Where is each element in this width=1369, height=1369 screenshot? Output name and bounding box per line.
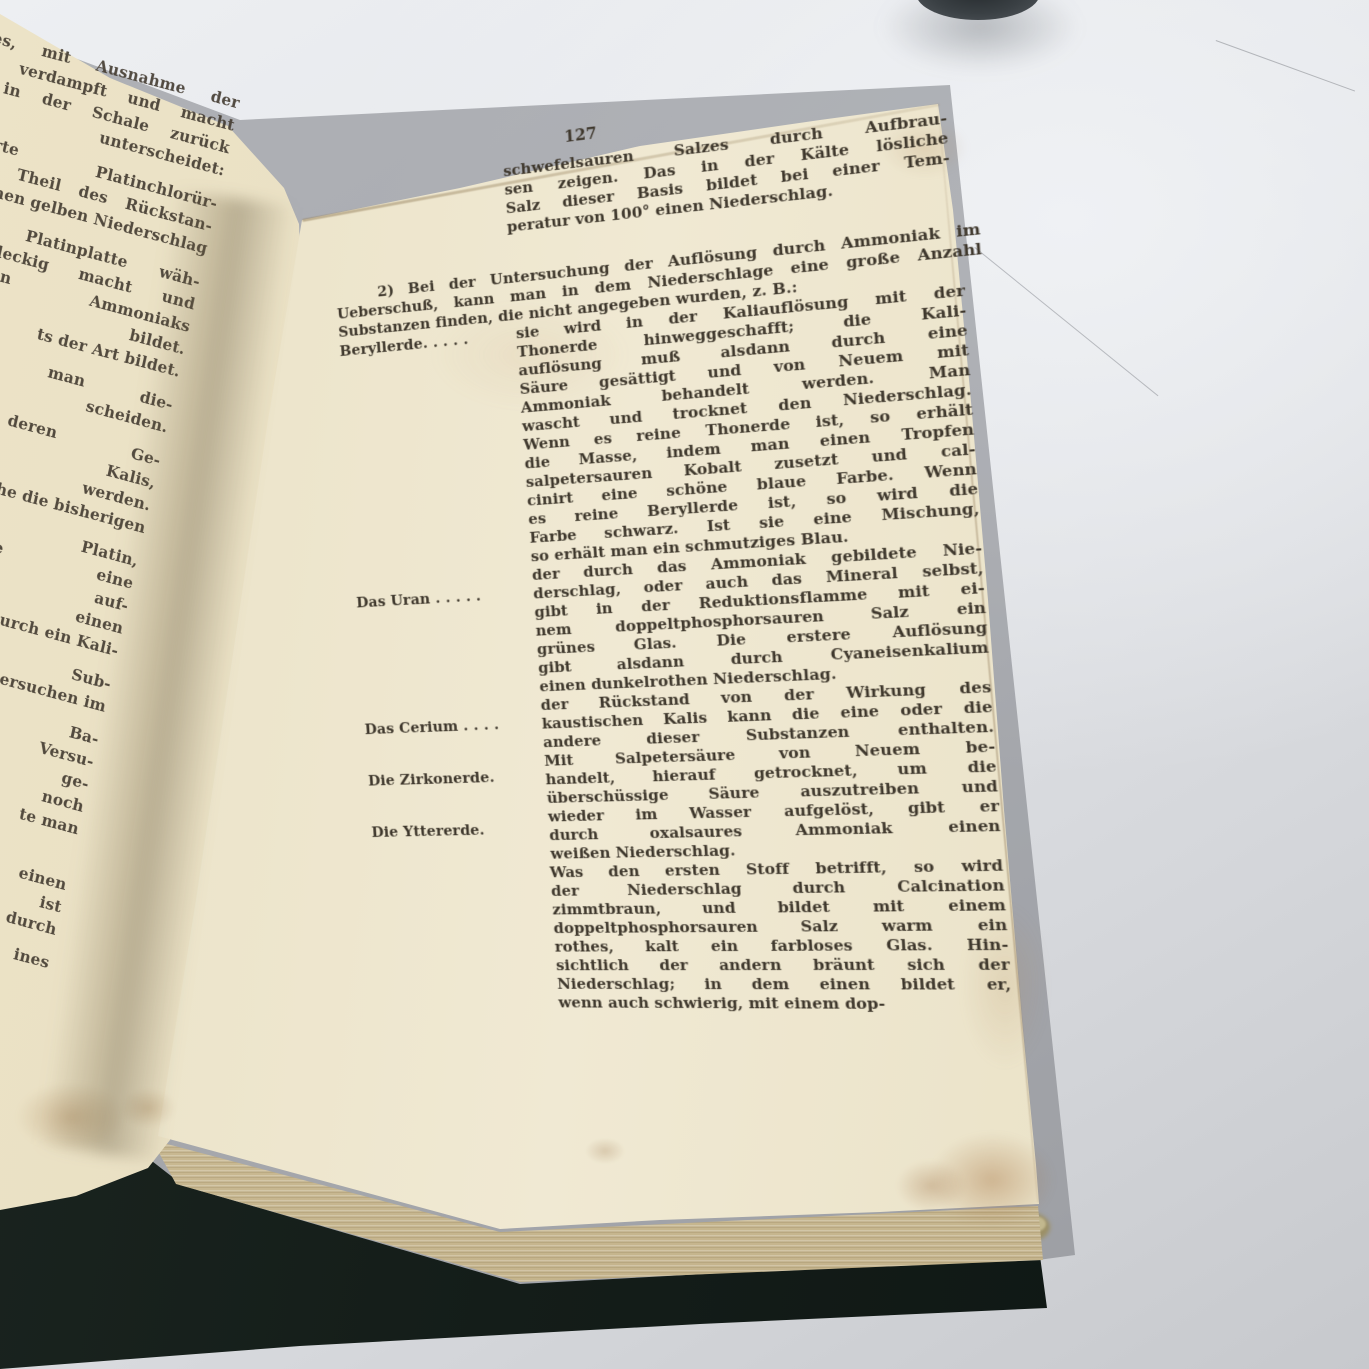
- foxing-stain: [585, 1138, 625, 1164]
- foxing-stain: [896, 1160, 966, 1212]
- text-line: sichtlich der andern bräunt sich der: [555, 954, 1010, 974]
- entry-description: der Rückstand von der Wirkung deskaustis…: [540, 677, 1002, 863]
- surface-scratch: [1216, 40, 1355, 92]
- entry-description: sie wird in der Kaliauflösung mit derTho…: [515, 280, 981, 565]
- text-line: rothes, kalt ein farbloses Glas. Hin-: [554, 934, 1009, 955]
- text-line: doppeltphosphorsauren Salz warm ein: [553, 914, 1008, 936]
- surface-scratch: [974, 247, 1158, 396]
- page-number: 127: [564, 119, 633, 146]
- text-line: Niederschlag; in dem einen bildet er,: [557, 974, 1012, 994]
- entry-term: Die Yttererde.: [371, 819, 549, 841]
- entry-term: Das Uran . . . . .: [356, 583, 534, 611]
- closing-paragraph: Was den ersten Stoff betrifft, so wirdde…: [549, 855, 1013, 1014]
- entry-term: Die Zirkonerde.: [368, 766, 546, 790]
- entry-description: der durch das Ammoniak gebildete Nie-der…: [531, 538, 990, 696]
- right-page-text: 127 schwefelsauren Salzes durch Aufbrau-…: [306, 96, 1030, 1034]
- text-line: wenn auch schwierig, mit einem dop-: [558, 993, 1013, 1014]
- right-page-text-inner: 127 schwefelsauren Salzes durch Aufbrau-…: [327, 75, 1044, 1014]
- entry-term: Das Cerium . . . .: [364, 713, 542, 738]
- entry-cerium-zirkon-ytter: Das Cerium . . . . Die Zirkonerde. Die Y…: [363, 675, 1033, 865]
- photo-of-open-book: welches, mit Ausnahme derfiltrirt, verda…: [0, 0, 1369, 1369]
